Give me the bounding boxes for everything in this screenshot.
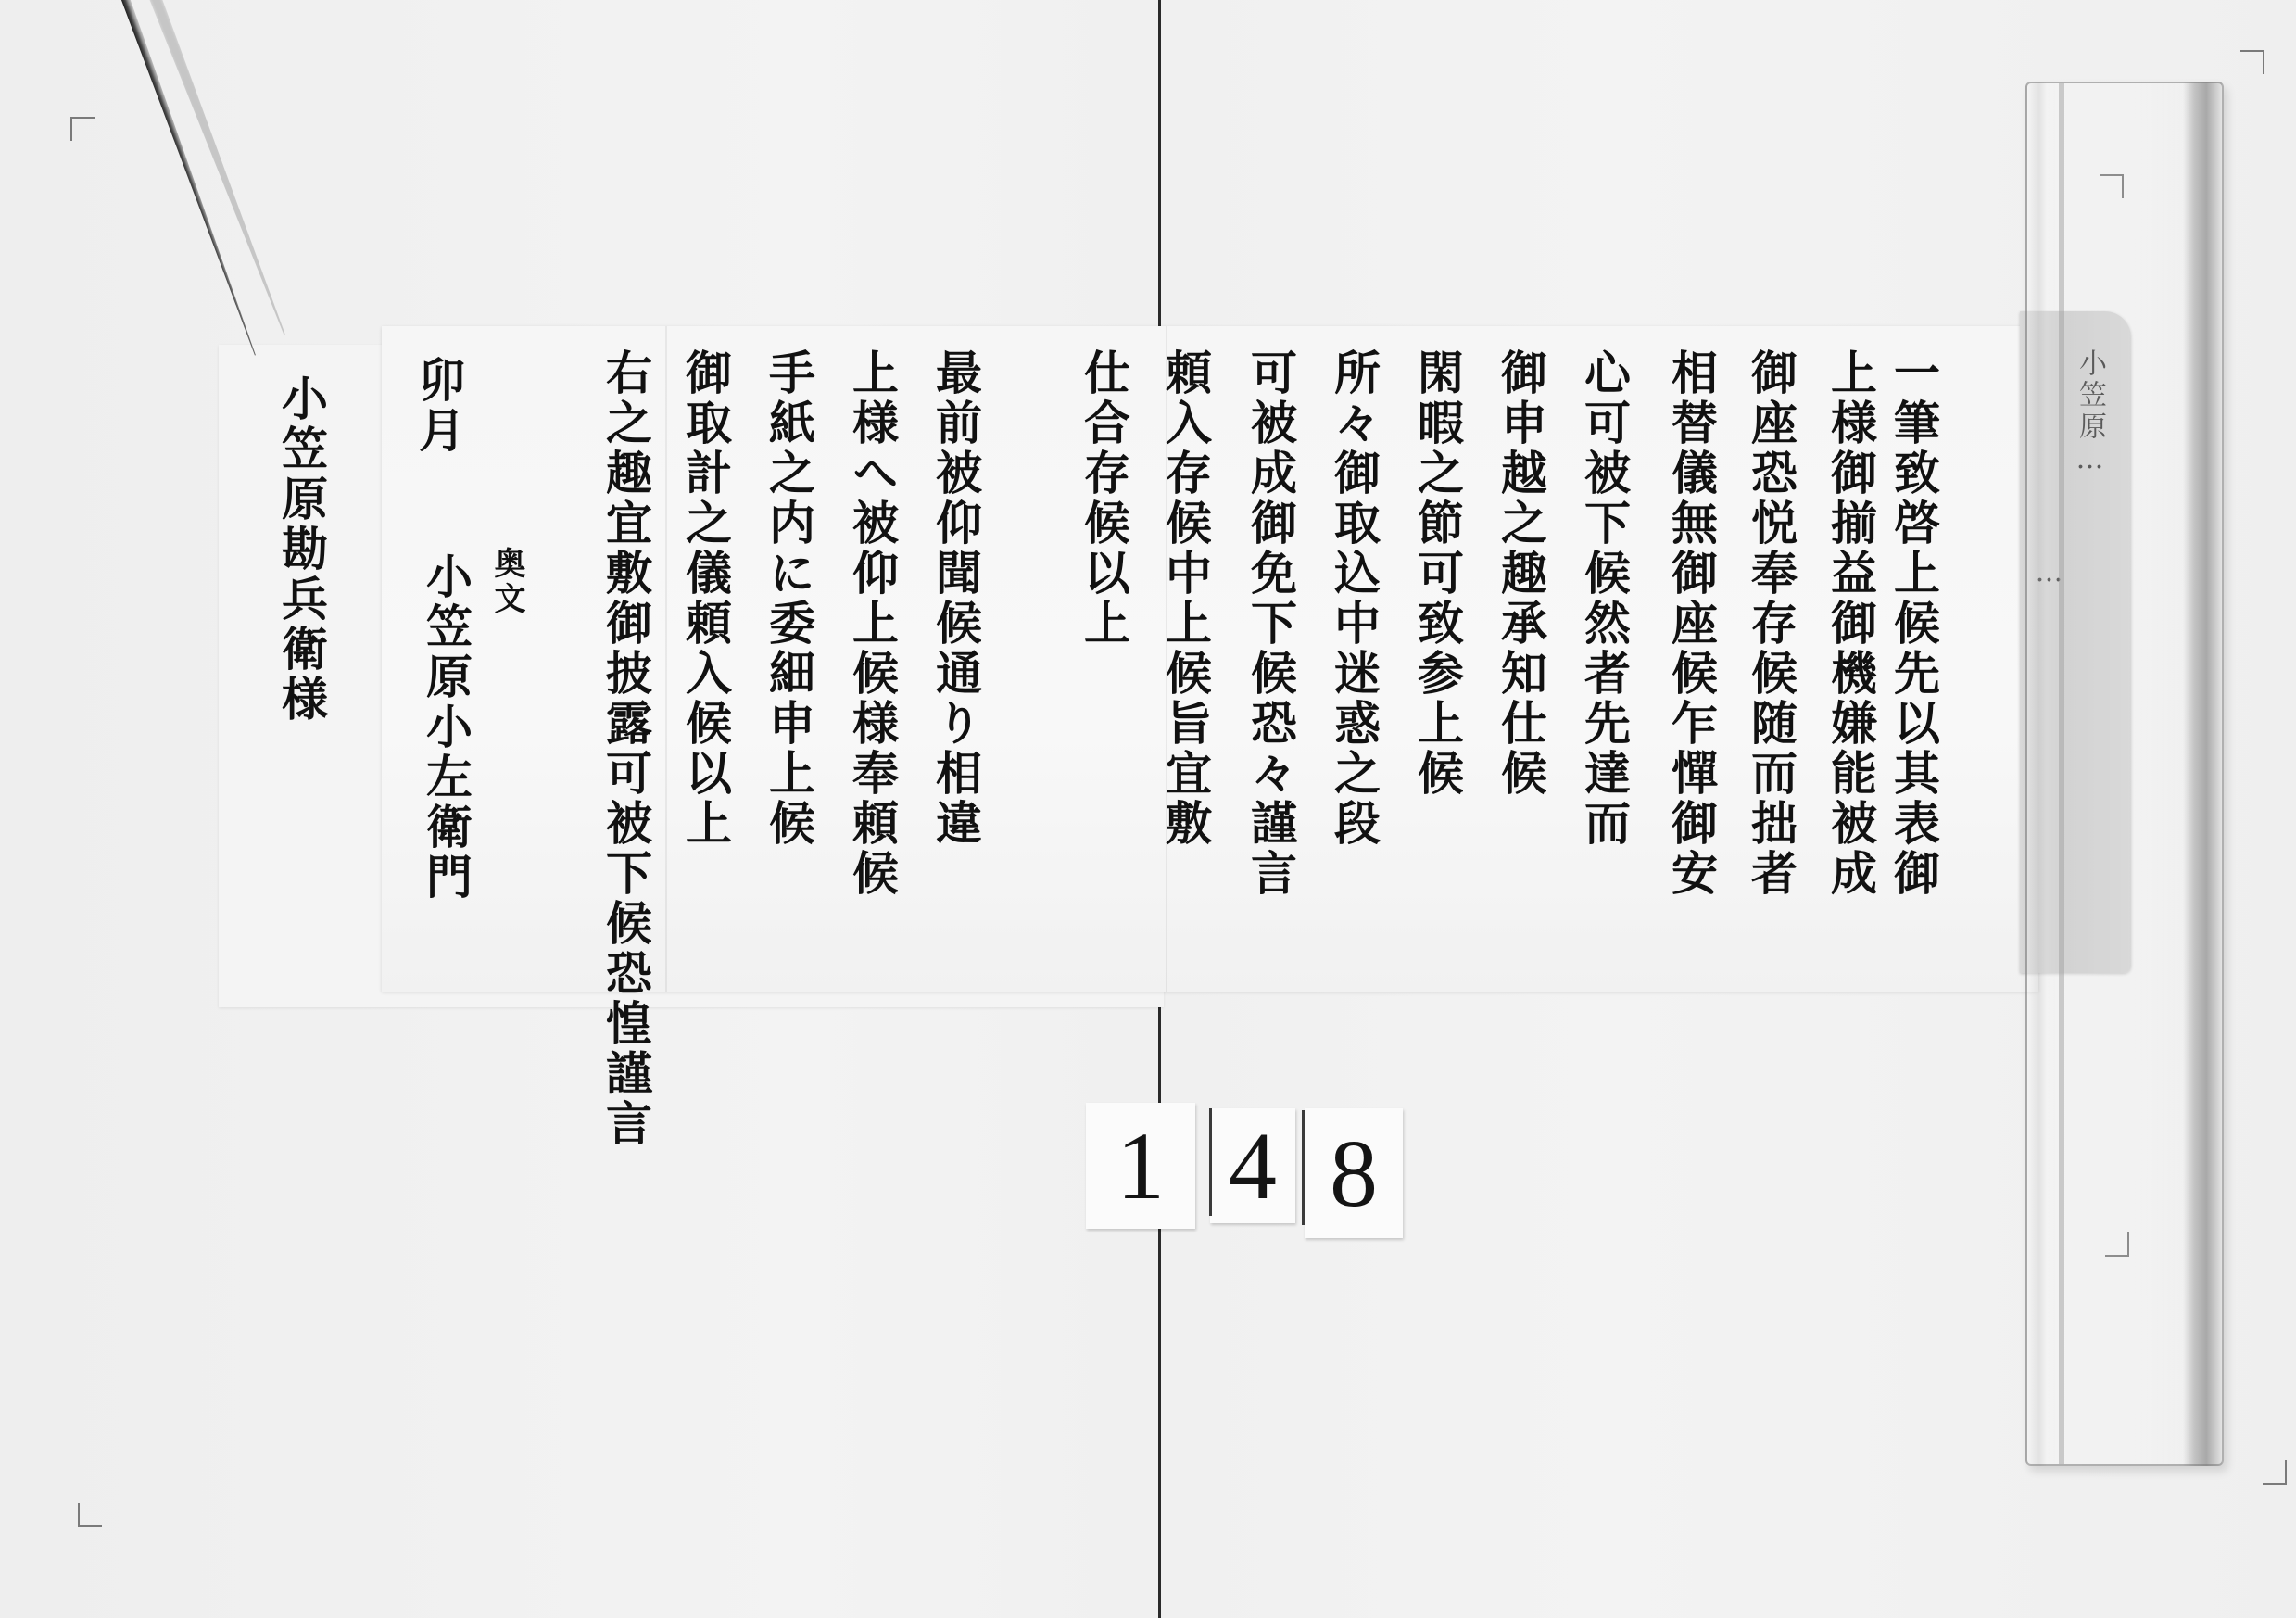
scan-stage: 小笠原… … 一筆致啓上候先以其表御 上様御揃益御機嫌能被成 御座恐悦奉存候随而… xyxy=(0,0,2296,1618)
registration-mark-top-left xyxy=(70,117,95,141)
document-column: 上様御揃益御機嫌能被成 xyxy=(1827,348,1873,899)
document-column: 閑暇之節可致参上候 xyxy=(1414,348,1460,799)
document-column: 可被成御免下候恐々謹言 xyxy=(1247,348,1293,899)
glass-weight-bar xyxy=(2025,82,2224,1466)
catalogue-digit-card: 8 xyxy=(1305,1108,1403,1238)
glass-weight-edge xyxy=(2059,83,2064,1464)
catalogue-digit-card: 4 xyxy=(1210,1108,1295,1223)
document-column: 右之趣宜敷御披露可被下候恐惶謹言 xyxy=(602,348,649,1149)
catalogue-digit-card: 1 xyxy=(1086,1103,1195,1229)
document-column: 頼入存候中上候旨宜敷 xyxy=(1162,348,1208,849)
document-column: 御座恐悦奉存候随而拙者 xyxy=(1747,348,1794,899)
document-column: 相替儀無御座候乍憚御安 xyxy=(1668,348,1714,899)
document-column: 御取計之儀頼入候以上 xyxy=(682,348,728,849)
document-column: 上様へ被仰上候様奉頼候 xyxy=(849,348,895,899)
addressee: 小笠原勘兵衛様 xyxy=(278,374,324,725)
document-column: 御申越之趣承知仕候 xyxy=(1497,348,1544,799)
registration-mark-top-right xyxy=(2240,50,2264,74)
pointer-shadow xyxy=(139,0,291,338)
card-divider xyxy=(1209,1108,1212,1216)
document-column: 一筆致啓上候先以其表御 xyxy=(1890,348,1936,899)
document-column: 最前被仰聞候通り相違 xyxy=(932,348,978,849)
signature: 小笠原小左衛門 xyxy=(423,552,469,903)
registration-mark-bottom-left xyxy=(78,1503,102,1527)
card-divider xyxy=(1302,1110,1305,1225)
document-column: 所々御取込中迷惑之段 xyxy=(1331,348,1377,849)
pointer-needle-icon xyxy=(111,0,259,357)
registration-mark-bottom-right xyxy=(2263,1460,2287,1485)
paper-seam xyxy=(665,326,667,992)
document-column: 心可被下候然者先達而 xyxy=(1581,348,1627,849)
document-column: 仕合存候以上 xyxy=(1080,348,1127,649)
document-column: 手紙之内に委細申上候 xyxy=(765,348,812,849)
date-line: 卯月 xyxy=(415,356,461,456)
annotation: 奥文 xyxy=(491,547,523,617)
